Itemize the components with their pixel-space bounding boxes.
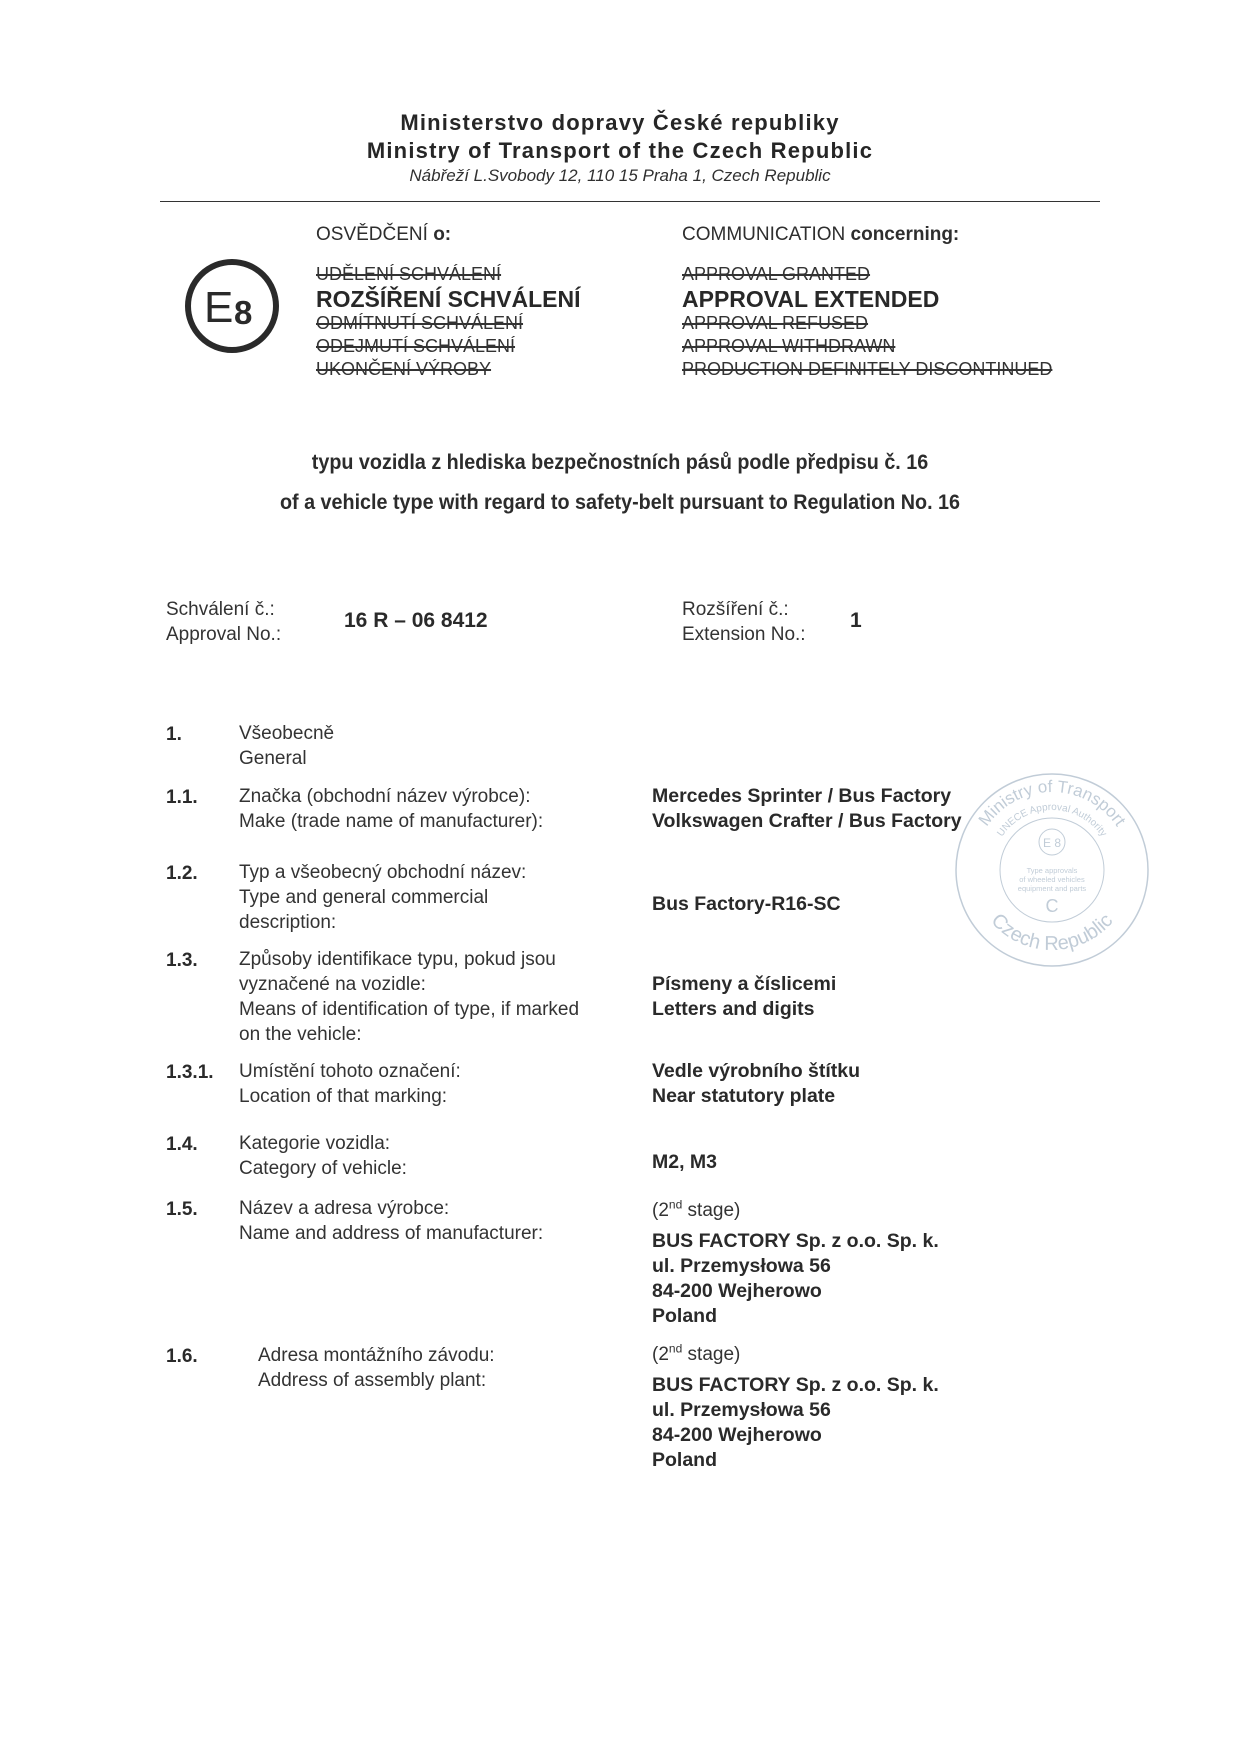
item-number: 1. <box>166 724 182 746</box>
ministry-name-cz: Ministerstvo dopravy České republiky <box>0 110 1240 136</box>
communication-label-en: COMMUNICATION concerning: <box>682 224 959 246</box>
item-number: 1.4. <box>166 1134 198 1156</box>
item-1-3-1-label: Umístění tohoto označení: Location of th… <box>239 1059 461 1109</box>
item-1-5-label: Název a adresa výrobce: Name and address… <box>239 1196 543 1246</box>
item-1-1-value: Mercedes Sprinter / Bus Factory Volkswag… <box>652 784 962 834</box>
item-1-4-value: M2, M3 <box>652 1150 717 1175</box>
approval-number: 16 R – 06 8412 <box>344 609 488 633</box>
item-1-3-label: Způsoby identifikace typu, pokud jsou vy… <box>239 947 579 1047</box>
item-1-6-address: BUS FACTORY Sp. z o.o. Sp. k. ul. Przemy… <box>652 1373 939 1473</box>
struck-option: ODMÍTNUTÍ SCHVÁLENÍ <box>316 312 581 335</box>
item-number: 1.2. <box>166 863 198 885</box>
svg-text:E: E <box>204 283 233 332</box>
struck-option: UDĚLENÍ SCHVÁLENÍ <box>316 263 581 286</box>
subject-cz: typu vozidla z hlediska bezpečnostních p… <box>37 451 1203 475</box>
svg-text:E 8: E 8 <box>1043 836 1061 850</box>
svg-text:equipment and parts: equipment and parts <box>1018 884 1087 893</box>
item-1-5-address: BUS FACTORY Sp. z o.o. Sp. k. ul. Przemy… <box>652 1229 939 1329</box>
struck-option: APPROVAL REFUSED <box>682 312 1052 335</box>
e8-approval-mark-icon: E 8 <box>182 256 282 356</box>
selected-option: APPROVAL EXTENDED <box>682 286 1052 312</box>
struck-option: APPROVAL GRANTED <box>682 263 1052 286</box>
item-1-4-label: Kategorie vozidla: Category of vehicle: <box>239 1131 407 1181</box>
svg-text:of wheeled vehicles: of wheeled vehicles <box>1019 875 1085 884</box>
extension-number-label: Rozšíření č.: Extension No.: <box>682 597 806 647</box>
selected-option: ROZŠÍŘENÍ SCHVÁLENÍ <box>316 286 581 312</box>
item-1-1-label: Značka (obchodní název výrobce): Make (t… <box>239 784 543 834</box>
struck-option: ODEJMUTÍ SCHVÁLENÍ <box>316 335 581 358</box>
ministry-name-en: Ministry of Transport of the Czech Repub… <box>0 138 1240 164</box>
communication-options-en: APPROVAL GRANTEDAPPROVAL EXTENDEDAPPROVA… <box>682 263 1052 381</box>
item-number: 1.3.1. <box>166 1062 214 1084</box>
item-1-6-label: Adresa montážního závodu: Address of ass… <box>258 1343 495 1393</box>
item-1-2-label: Typ a všeobecný obchodní název: Type and… <box>239 860 526 935</box>
item-1-3-value: Písmeny a číslicemi Letters and digits <box>652 972 836 1022</box>
extension-number: 1 <box>850 609 862 633</box>
approval-number-label: Schválení č.: Approval No.: <box>166 597 281 647</box>
subject-en: of a vehicle type with regard to safety-… <box>37 491 1203 515</box>
header-divider <box>160 201 1100 202</box>
ministry-address: Nábřeží L.Svobody 12, 110 15 Praha 1, Cz… <box>0 166 1240 186</box>
item-1-2-value: Bus Factory-R16-SC <box>652 892 841 917</box>
svg-text:Type approvals: Type approvals <box>1027 866 1078 875</box>
item-number: 1.3. <box>166 950 198 972</box>
svg-text:C: C <box>1046 896 1059 916</box>
item-1-label: Všeobecně General <box>239 721 334 771</box>
item-number: 1.1. <box>166 787 198 809</box>
item-1-3-1-value: Vedle výrobního štítku Near statutory pl… <box>652 1059 860 1109</box>
communication-options-cz: UDĚLENÍ SCHVÁLENÍROZŠÍŘENÍ SCHVÁLENÍODMÍ… <box>316 263 581 381</box>
item-number: 1.6. <box>166 1346 198 1368</box>
item-1-5-stage: (2nd stage) <box>652 1200 740 1222</box>
struck-option: PRODUCTION DEFINITELY DISCONTINUED <box>682 358 1052 381</box>
struck-option: APPROVAL WITHDRAWN <box>682 335 1052 358</box>
item-number: 1.5. <box>166 1199 198 1221</box>
svg-text:Czech Republic: Czech Republic <box>987 909 1118 955</box>
struck-option: UKONČENÍ VÝROBY <box>316 358 581 381</box>
official-stamp-icon: Ministry of Transport UNECE Approval Aut… <box>952 770 1152 970</box>
item-1-6-stage: (2nd stage) <box>652 1344 740 1366</box>
svg-text:8: 8 <box>234 294 252 331</box>
communication-label-cz: OSVĚDČENÍ o: <box>316 224 451 246</box>
